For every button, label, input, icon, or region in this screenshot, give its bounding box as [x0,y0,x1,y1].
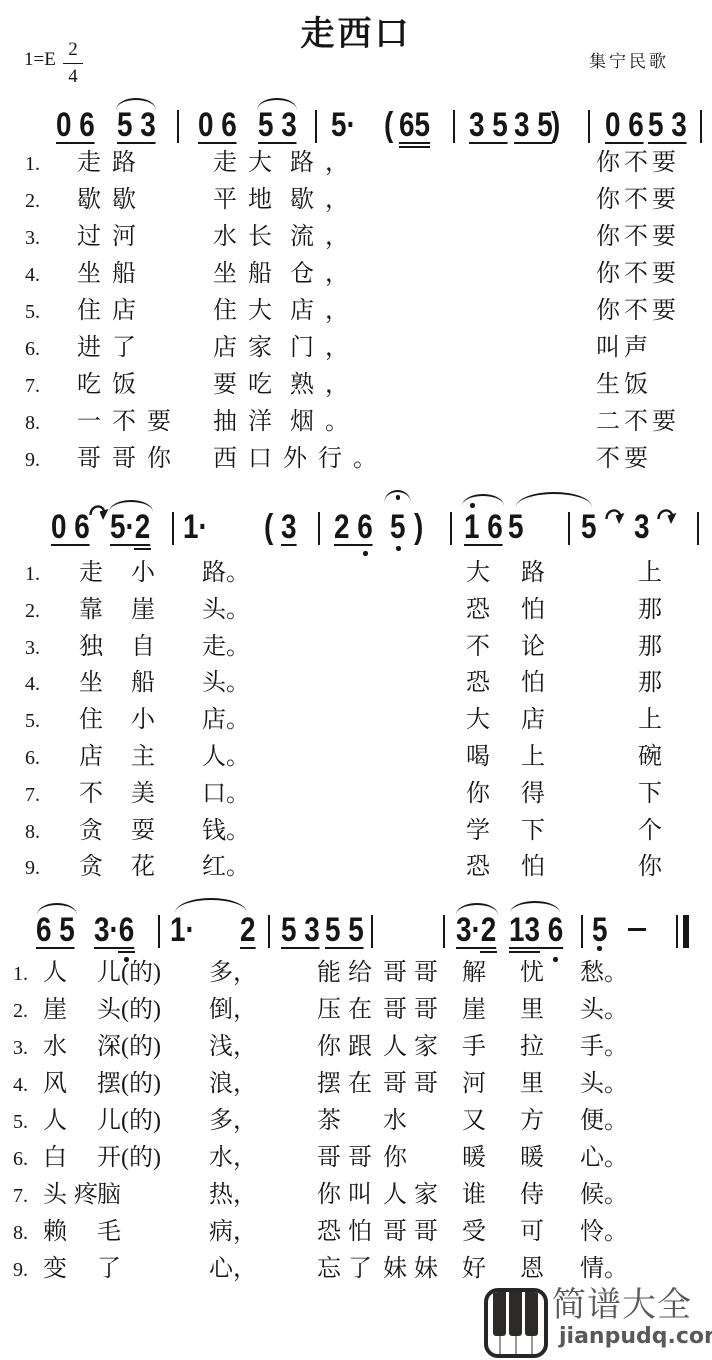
lyric-cell: 论 [521,634,545,662]
verse-number: 8. [13,1222,28,1245]
slur-arc [462,494,504,506]
lyric-cell: 崖 [131,597,155,625]
verse-number: 3. [13,1037,28,1060]
note-token: 5·2 [110,510,150,546]
lyric-cell: 生饭 [596,372,652,400]
piano-logo-icon [484,1288,548,1358]
lyric-cell: 心， [209,1256,257,1284]
note-token: 0 6 [51,510,90,546]
lyric-cell: 白 [43,1145,74,1173]
verse-number: 1. [25,153,40,176]
lyric-cell: 恐怕 [317,1219,379,1247]
piano-black-key [525,1290,538,1336]
lyric-cell: 过河 [77,224,147,252]
lyric-cell: 人 [43,960,74,988]
slur-arc [109,500,153,512]
tie-arc [516,492,592,507]
lyric-cell: 店。 [202,707,250,735]
lyric-cell: 哥哥 [383,1219,445,1247]
note-token: 5 3 [117,108,156,144]
verse-number: 8. [25,821,40,844]
note-token: 0 6 [198,108,237,144]
lyric-cell: 你不要 [596,187,680,215]
lyric-cell: 得 [521,781,545,809]
sixteenth-beam-line [134,548,151,550]
lyric-cell: 走。 [202,634,250,662]
lyric-cell: 毛 [97,1219,121,1247]
lyric-cell: 便。 [580,1108,628,1136]
lyric-cell: 那 [638,670,662,698]
barline [581,915,583,948]
lyric-cell: 叫声 [596,335,652,363]
barline [315,110,317,143]
lyric-cell: 怜。 [580,1219,628,1247]
lyric-cell: 路。 [202,560,250,588]
note-token: 65 [399,108,430,144]
lyric-cell: 人。 [202,744,250,772]
time-signature: 2 4 [62,39,84,88]
lyric-cell: 那 [638,597,662,625]
lyric-cell: 坐 [79,670,103,698]
lyric-cell: 你 [638,854,662,882]
piano-black-key [493,1290,506,1336]
lyric-cell: 走 [79,560,103,588]
verse-number: 1. [13,963,28,986]
barline [588,110,590,143]
lyric-cell: 里 [520,997,544,1025]
sixteenth-beam-line [118,951,135,953]
lyric-cell: 恐 [466,854,490,882]
verse-number: 2. [13,1000,28,1023]
lyric-cell: 不要 [596,446,652,474]
notation-paren: ) [414,510,423,544]
watermark-text: 简谱大全 jianpudq.com [552,1288,712,1349]
note-token: 3·2 [456,913,496,949]
watermark-brand: 简谱大全 [552,1288,712,1324]
lyric-cell: 哥哥 [317,1145,379,1173]
verse-number: 5. [25,710,40,733]
lyric-cell: 好 [462,1256,486,1284]
lyric-cell: 钱。 [202,818,250,846]
note-token: 3 [281,510,297,546]
lyric-cell: 压在 [317,997,379,1025]
key-signature: 1=E [24,50,56,69]
slur-arc [116,98,156,110]
lyric-cell: 方 [520,1108,544,1136]
octave-dot [553,957,558,962]
slide-down-arrow-icon [604,506,626,532]
watermark: 简谱大全 jianpudq.com [484,1288,712,1358]
lyric-cell: 口。 [202,781,250,809]
note-token: 3·6 [94,913,134,949]
lyric-cell: 哥哥 [383,997,445,1025]
lyric-cell: 赖 [43,1219,74,1247]
lyric-cell: 水 [43,1034,74,1062]
lyric-cell: 人 [43,1108,74,1136]
verse-number: 2. [25,190,40,213]
lyric-cell: 上 [638,707,662,735]
note-token: 13 6 [509,913,563,949]
lyric-cell: 怕 [521,670,545,698]
barline [268,915,270,948]
lyric-cell: 病， [209,1219,257,1247]
lyric-cell: 店 [79,744,103,772]
lyric-cell: 船 [131,670,155,698]
verse-number: 6. [13,1148,28,1171]
lyric-cell: 手 [462,1034,486,1062]
verse-number: 7. [25,375,40,398]
barline [158,915,160,948]
lyric-cell: 哥哥你 [77,446,182,474]
lyric-cell: 水， [209,1145,257,1173]
note-token: 5 [508,510,524,544]
lyric-cell: 你跟 [317,1034,379,1062]
lyric-cell: 摆(的) [97,1071,161,1099]
lyric-cell: 头疼 [43,1182,105,1210]
lyric-cell: 西口外行。 [213,446,388,474]
note-token: 3 5 [469,108,508,144]
note-token: 3 [634,510,650,544]
lyric-cell: 住 [79,707,103,735]
barline [568,512,570,545]
lyric-cell: 摆在 [317,1071,379,1099]
notation-paren: ( [384,108,393,142]
lyric-cell: 儿(的) [97,1108,161,1136]
verse-number: 4. [25,673,40,696]
lyric-cell: 路 [521,560,545,588]
note-token: 1· [170,913,195,947]
note-token: 5 5 [325,913,364,949]
lyric-cell: 候。 [580,1182,628,1210]
sixteenth-beam-line [399,146,430,148]
note-token: 0 6 [605,108,644,144]
note-token: 1· [183,510,208,544]
watermark-domain: jianpudq.com [559,1325,712,1349]
lyric-cell: 你叫 [317,1182,379,1210]
meter-divider-line [63,63,83,65]
verse-number: 2. [25,600,40,623]
lyric-cell: 忘了 [317,1256,379,1284]
lyric-cell: 走大 [213,150,283,178]
sixteenth-beam-line [509,951,540,953]
note-token: 5 [581,510,597,544]
barline [450,512,452,545]
lyric-cell: 哥哥 [383,960,445,988]
notation-paren: ( [264,510,273,544]
lyric-cell: 你不要 [596,298,680,326]
note-token: 3 5 [514,108,553,144]
slur-arc [510,901,560,913]
note-token: 5 3 [258,108,297,144]
final-barline [676,915,689,948]
slide-down-arrow-icon [656,506,678,532]
lyric-cell: 多， [209,1108,257,1136]
lyric-cell: 能给 [317,960,379,988]
lyric-cell: 抽洋 [213,409,283,437]
lyric-cell: 走路 [77,150,147,178]
octave-dot [597,946,602,951]
barline [697,512,699,545]
lyric-cell: 又 [462,1108,486,1136]
lyric-cell: 风 [43,1071,74,1099]
lyric-cell: 浪， [209,1071,257,1099]
lyric-cell: 个 [638,818,662,846]
lyric-cell: 小 [131,560,155,588]
verse-number: 9. [13,1259,28,1282]
lyric-cell: 下 [521,818,545,846]
slur-arc [257,98,297,110]
note-token: 1 6 [464,510,503,546]
lyric-cell: 熟， [290,372,360,400]
lyric-cell: 贪 [79,818,103,846]
lyric-cell: 解 [462,960,486,988]
attribution: 集宁民歌 [589,53,669,70]
lyric-cell: 贪 [79,854,103,882]
note-token: 5 3 [281,913,320,949]
verse-number: 3. [25,637,40,660]
lyric-cell: 河 [462,1071,486,1099]
piano-key-divider [499,1336,501,1354]
lyric-cell: 不 [466,634,490,662]
lyric-cell: 哥哥 [383,1071,445,1099]
lyric-cell: 谁 [462,1182,486,1210]
lyric-cell: 多， [209,960,257,988]
song-title: 走西口 [0,16,712,53]
lyric-cell: 里 [520,1071,544,1099]
lyric-cell: 门， [290,335,360,363]
lyric-cell: 独 [79,634,103,662]
lyric-cell: 歇歇 [77,187,147,215]
piano-black-key [509,1290,522,1336]
lyric-cell: 愁。 [580,960,628,988]
sheet-music-page: 走西口 1=E 2 4 集宁民歌 0 65 30 65 35·(653 53 5… [0,0,712,1360]
lyric-cell: 店家 [213,335,283,363]
octave-dot [363,551,368,556]
verse-number: 4. [13,1074,28,1097]
verse-number: 9. [25,857,40,880]
verse-number: 1. [25,563,40,586]
lyric-cell: 暖 [520,1145,544,1173]
verse-number: 5. [25,301,40,324]
lyric-cell: 恩 [520,1256,544,1284]
lyric-cell: 你不要 [596,150,680,178]
verse-number: 6. [25,338,40,361]
slide-down-arrow-icon [88,502,110,528]
lyric-cell: 脑 [97,1182,121,1210]
lyric-cell: 深(的) [97,1034,161,1062]
lyric-cell: 美 [131,781,155,809]
piano-key-divider [531,1336,533,1354]
lyric-cell: 你不要 [596,261,680,289]
tie-arc [175,898,247,913]
lyric-cell: 坐船 [213,261,283,289]
lyric-cell: 热， [209,1182,257,1210]
lyric-cell: 上 [638,560,662,588]
verse-number: 9. [25,449,40,472]
lyric-cell: 花 [131,854,155,882]
lyric-cell: 受 [462,1219,486,1247]
lyric-cell: 不 [79,781,103,809]
lyric-cell: 二不要 [596,409,680,437]
note-token: 5· [331,108,356,142]
lyric-cell: 那 [638,634,662,662]
lyric-cell: 变 [43,1256,74,1284]
lyric-cell: 你 [466,781,490,809]
lyric-cell: 崖 [43,997,74,1025]
lyric-cell: 店， [290,298,360,326]
meter-denominator: 4 [68,66,78,87]
lyric-cell: 进了 [77,335,147,363]
lyric-cell: 坐船 [77,261,147,289]
lyric-cell: 上 [521,744,545,772]
lyric-cell: 仓， [290,261,360,289]
lyric-cell: 住店 [77,298,147,326]
lyric-cell: 烟。 [290,409,360,437]
lyric-cell: 靠 [79,597,103,625]
lyric-cell: 路， [290,150,360,178]
lyric-cell: 浅， [209,1034,257,1062]
verse-number: 7. [25,784,40,807]
duration-dash [628,928,646,931]
lyric-cell: 红。 [202,854,250,882]
note-token: 2 6 [334,510,373,546]
lyric-cell: 要吃 [213,372,283,400]
octave-dot [396,546,401,551]
lyric-cell: 儿(的) [97,960,161,988]
verse-number: 4. [25,264,40,287]
barline [700,110,702,143]
lyric-cell: 主 [131,744,155,772]
piano-key-divider [515,1336,517,1354]
note-token: 5 [592,913,608,947]
barline [177,110,179,143]
note-token: 2 [240,913,256,949]
lyric-cell: 碗 [638,744,662,772]
lyric-cell: 住大 [213,298,283,326]
barline [172,512,174,545]
lyric-cell: 怕 [521,597,545,625]
lyric-cell: 头。 [580,997,628,1025]
lyric-cell: 水长 [213,224,283,252]
lyric-cell: 手。 [580,1034,628,1062]
lyric-cell: 倒， [209,997,257,1025]
lyric-cell: 平地 [213,187,283,215]
lyric-cell: 小 [131,707,155,735]
sixteenth-beam-line [480,951,497,953]
lyric-cell: 店 [521,707,545,735]
lyric-cell: 歇， [290,187,360,215]
slur-arc [37,903,77,915]
barline [318,512,320,545]
lyric-cell: 头(的) [97,997,161,1025]
lyric-cell: 一不要 [77,409,182,437]
lyric-cell: 头。 [580,1071,628,1099]
lyric-cell: 自 [131,634,155,662]
lyric-cell: 情。 [580,1256,628,1284]
lyric-cell: 暖 [462,1145,486,1173]
slur-arc [456,903,498,915]
lyric-cell: 人家 [383,1034,445,1062]
lyric-cell: 头。 [202,597,250,625]
lyric-cell: 你 [383,1145,414,1173]
lyric-cell: 拉 [520,1034,544,1062]
note-token: 0 6 [56,108,95,144]
lyric-cell: 头。 [202,670,250,698]
notation-paren: ) [551,108,560,142]
barline [453,110,455,143]
lyric-cell: 水 [383,1108,414,1136]
lyric-cell: 恐 [466,597,490,625]
fermata-icon [384,490,411,503]
note-token: 6 5 [36,913,75,949]
lyric-cell: 大 [466,560,490,588]
lyric-cell: 了 [97,1256,121,1284]
barline [443,915,445,948]
verse-number: 7. [13,1185,28,1208]
lyric-cell: 心。 [580,1145,628,1173]
note-token: 5 [390,510,406,544]
lyric-cell: 喝 [466,744,490,772]
verse-number: 6. [25,747,40,770]
lyric-cell: 怕 [521,854,545,882]
lyric-cell: 人家 [383,1182,445,1210]
lyric-cell: 学 [466,818,490,846]
verse-number: 3. [25,227,40,250]
lyric-cell: 吃饭 [77,372,147,400]
lyric-cell: 茶 [317,1108,348,1136]
lyric-cell: 开(的) [97,1145,161,1173]
lyric-cell: 大 [466,707,490,735]
lyric-cell: 忧 [520,960,544,988]
lyric-cell: 崖 [462,997,486,1025]
lyric-cell: 妹妹 [383,1256,445,1284]
lyric-cell: 流， [290,224,360,252]
meter-numerator: 2 [68,39,78,60]
verse-number: 8. [25,412,40,435]
lyric-cell: 可 [520,1219,544,1247]
lyric-cell: 下 [638,781,662,809]
lyric-cell: 侍 [520,1182,544,1210]
verse-number: 5. [13,1111,28,1134]
lyric-cell: 恐 [466,670,490,698]
barline [371,915,373,948]
note-token: 5 3 [648,108,687,144]
lyric-cell: 你不要 [596,224,680,252]
lyric-cell: 耍 [131,818,155,846]
